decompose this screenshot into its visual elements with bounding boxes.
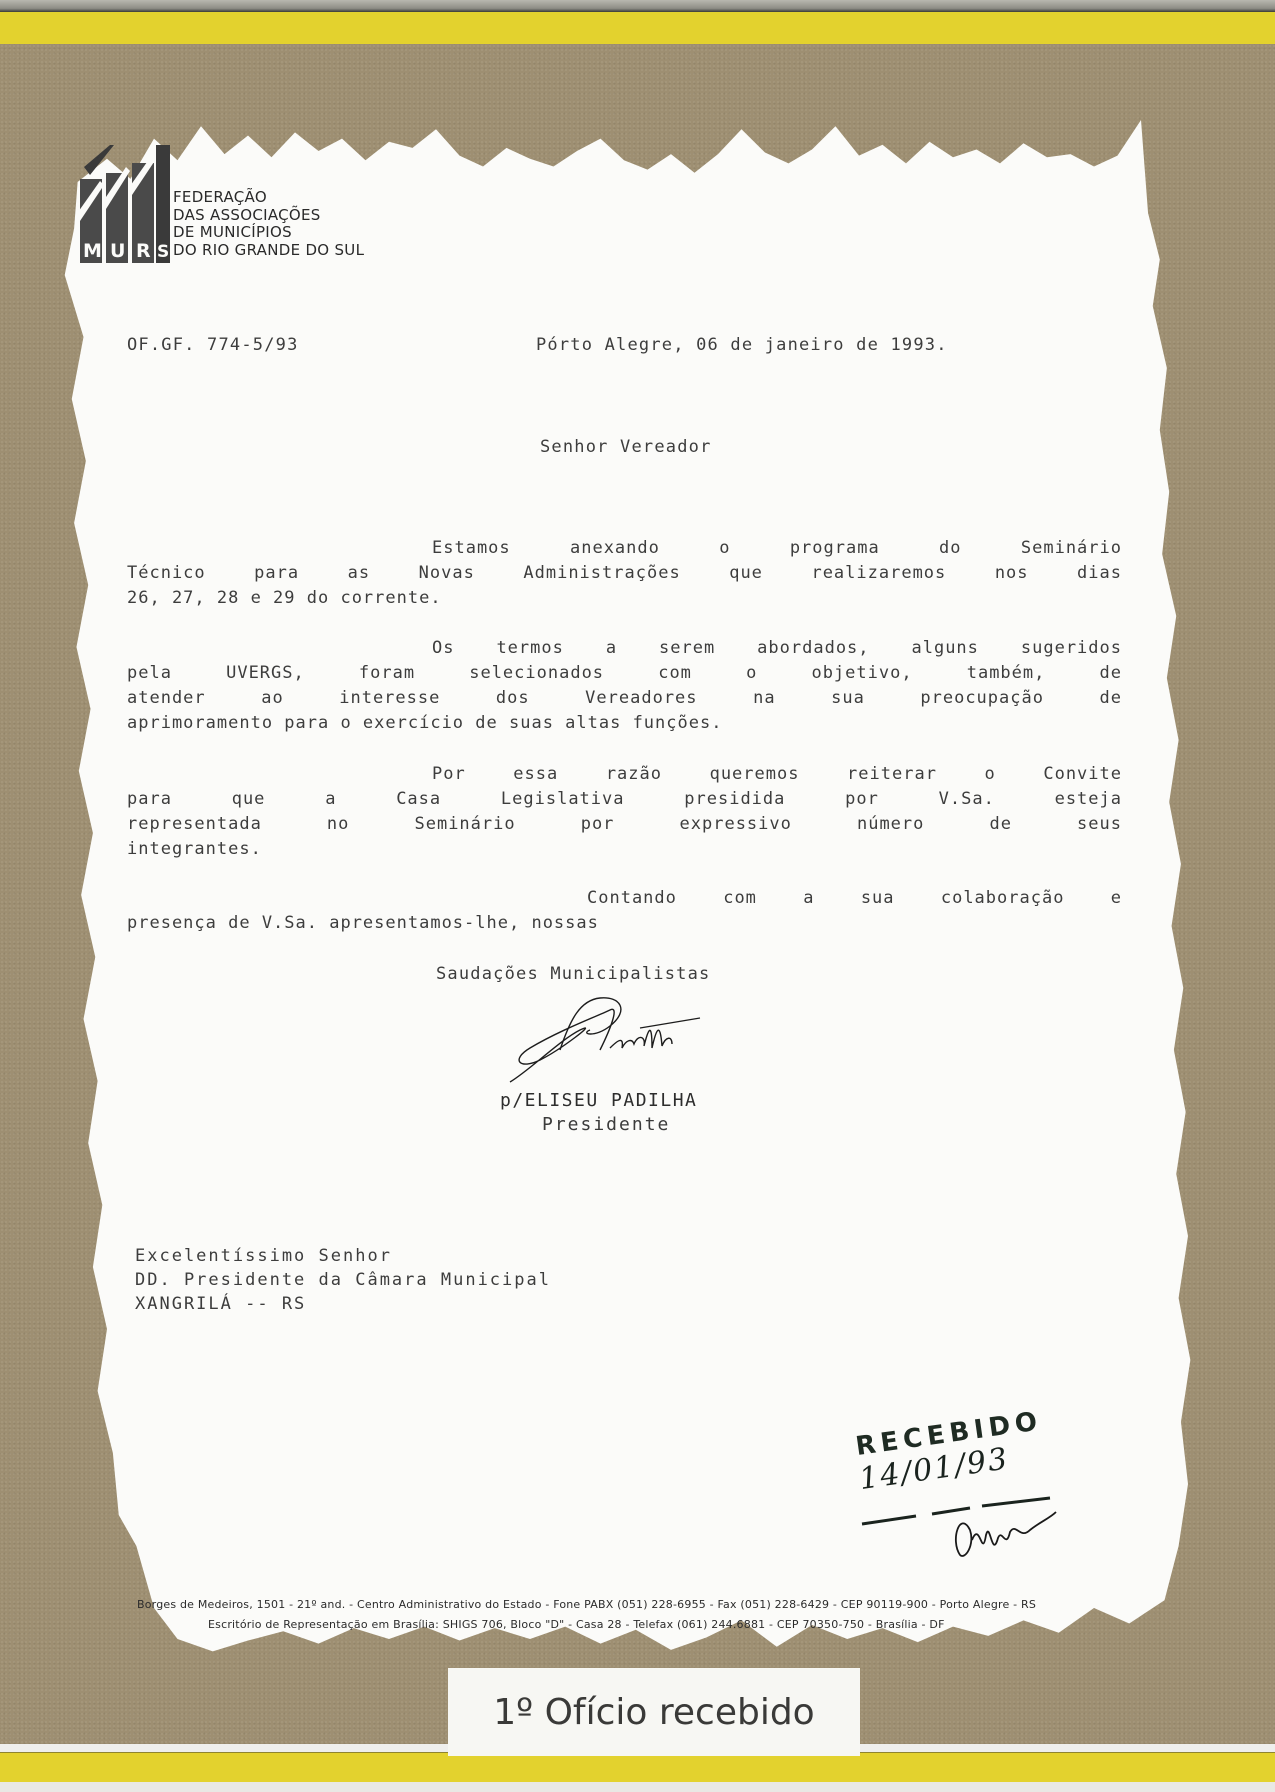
closing: Saudações Municipalistas (436, 964, 710, 984)
handwritten-signature-icon (500, 990, 740, 1090)
receiver-initials-icon (950, 1500, 1060, 1570)
svg-text:S: S (157, 242, 169, 262)
svg-text:R: R (136, 240, 151, 262)
org-line: FEDERAÇÃO (173, 189, 364, 207)
org-line: DE MUNICÍPIOS (173, 224, 364, 242)
paragraph-line: atender ao interesse dos Vereadores na s… (127, 686, 1122, 711)
reference-number: OF.GF. 774-5/93 (127, 335, 299, 355)
paragraph-2: Os termos a serem abordados, alguns suge… (127, 636, 1122, 736)
footer-address-line-1: Borges de Medeiros, 1501 - 21º and. - Ce… (137, 1598, 1036, 1611)
organization-name: FEDERAÇÃO DAS ASSOCIAÇÕES DE MUNICÍPIOS … (173, 189, 364, 259)
recipient-line: XANGRILÁ -- RS (135, 1292, 551, 1316)
paragraph-3: Por essa razão queremos reiterar o Convi… (127, 762, 1122, 862)
bottom-edge-strip (0, 1782, 1275, 1792)
paragraph-line: pela UVERGS, foram selecionados com o ob… (127, 661, 1122, 686)
paragraph-line: Técnico para as Novas Administrações que… (127, 561, 1122, 586)
salutation: Senhor Vereador (540, 437, 712, 457)
place-date: Pórto Alegre, 06 de janeiro de 1993. (536, 335, 948, 355)
recipient-address: Excelentíssimo Senhor DD. Presidente da … (135, 1244, 551, 1316)
org-line: DO RIO GRANDE DO SUL (173, 242, 364, 260)
paragraph-line: Contando com a sua colaboração e (127, 886, 1122, 911)
paragraph-line: presença de V.Sa. apresentamos-lhe, noss… (127, 911, 1122, 936)
paragraph-line: 26, 27, 28 e 29 do corrente. (127, 586, 1122, 611)
paragraph-line: representada no Seminário por expressivo… (127, 812, 1122, 837)
paragraph-line: aprimoramento para o exercício de suas a… (127, 711, 1122, 736)
paragraph-line: Estamos anexando o programa do Seminário (127, 536, 1122, 561)
top-edge-strip (0, 0, 1275, 12)
caption-card: 1º Ofício recebido (448, 1668, 860, 1756)
signatory-name: p/ELISEU PADILHA (500, 1090, 697, 1111)
svg-text:M: M (83, 240, 102, 262)
footer-address-line-2: Escritório de Representação em Brasília:… (208, 1618, 945, 1631)
paragraph-line: Por essa razão queremos reiterar o Convi… (127, 762, 1122, 787)
paragraph-line: Os termos a serem abordados, alguns suge… (127, 636, 1122, 661)
recipient-line: DD. Presidente da Câmara Municipal (135, 1268, 551, 1292)
yellow-frame-top (0, 12, 1275, 45)
yellow-frame-bottom (0, 1752, 1275, 1783)
paragraph-1: Estamos anexando o programa do Seminário… (127, 536, 1122, 611)
paragraph-4: Contando com a sua colaboração e presenç… (127, 886, 1122, 936)
recipient-line: Excelentíssimo Senhor (135, 1244, 551, 1268)
signatory-title: Presidente (542, 1114, 670, 1135)
paragraph-line: integrantes. (127, 837, 1122, 862)
caption-text: 1º Ofício recebido (493, 1692, 814, 1733)
paragraph-line: para que a Casa Legislativa presidida po… (127, 787, 1122, 812)
org-line: DAS ASSOCIAÇÕES (173, 207, 364, 225)
svg-text:U: U (110, 240, 125, 262)
murs-logo-icon: M U R S (70, 145, 170, 263)
